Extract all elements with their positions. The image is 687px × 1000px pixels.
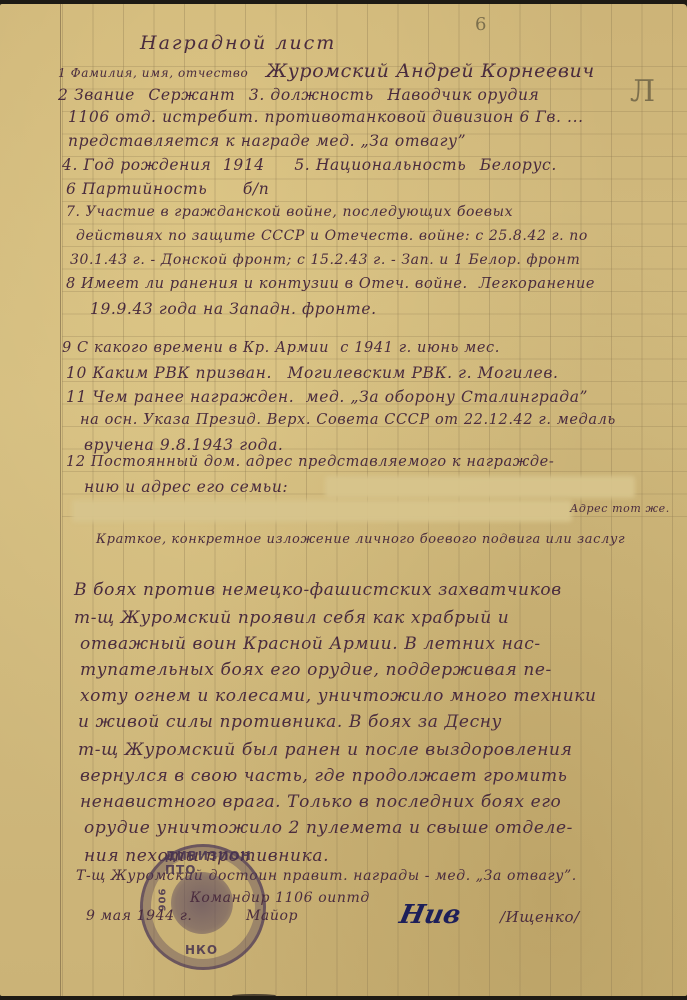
narrative-line: отважный воин Красной Армии. В летних на… — [80, 634, 541, 654]
section-heading: Краткое, конкретное изложение личного бо… — [96, 532, 625, 547]
pencil-corner-mark: Л — [630, 74, 656, 109]
field-label: 9 С какого времени в Кр. Армии — [62, 340, 329, 356]
commander-position: Командир 1106 оиптд — [190, 890, 370, 906]
field-value-wounds: Легкоранение — [479, 276, 595, 292]
redacted-address-1 — [325, 476, 635, 498]
field-label: 11 Чем ранее награжден. — [66, 388, 294, 406]
handwritten-signature: Нив — [397, 900, 464, 930]
field-value-birth-year: 1914 — [223, 156, 265, 174]
narrative-line: тупательных боях его орудие, поддерживая… — [80, 660, 552, 680]
narrative-line: ненавистного врага. Только в последних б… — [80, 792, 561, 812]
narrative-line: т-щ Журомский проявил себя как храбрый и — [74, 608, 509, 628]
field-value-party: б/п — [243, 180, 269, 198]
field-11-line-2: на осн. Указа Презид. Верх. Совета СССР … — [80, 412, 616, 428]
paper-tear-mark — [232, 994, 276, 996]
field-value-position: Наводчик орудия — [387, 86, 539, 104]
field-2-3-rank-position: 2 Звание Сержант 3. должность Наводчик о… — [58, 86, 539, 104]
narrative-line: и живой силы противника. В боях за Десну — [78, 712, 502, 732]
field-value-draft-office: Могилевским РВК. г. Могилев. — [288, 364, 559, 382]
field-7-label: 7. Участие в гражданской войне, последую… — [66, 204, 513, 220]
field-value-previous-award: мед. „За оборону Сталинграда” — [306, 388, 588, 406]
signature-date: 9 мая 1944 г. — [86, 908, 192, 924]
field-6-party: 6 Партийность б/п — [66, 180, 269, 198]
narrative-line: орудие уничтожило 2 пулемета и свыше отд… — [84, 818, 573, 838]
stamp-text-top: ДИВИЗИОН ПТО — [165, 849, 263, 877]
field-value-service-since: с 1941 г. июнь мес. — [340, 340, 500, 356]
field-label: 8 Имеет ли ранения и контузии в Отеч. во… — [66, 276, 468, 292]
field-label: 10 Каким РВК призван. — [66, 364, 272, 382]
field-label: 5. Национальность — [294, 156, 466, 174]
field-value-full-name: Журомский Андрей Корнеевич — [266, 60, 595, 82]
field-unit-line: 1106 отд. истребит. противотанковой диви… — [68, 108, 584, 126]
document-title: Наградной лист — [140, 32, 336, 54]
field-9-service: 9 С какого времени в Кр. Армии с 1941 г.… — [62, 340, 500, 356]
field-12-line-2: нию и адрес его семьи: — [84, 478, 288, 496]
field-value-rank: Сержант — [148, 86, 235, 104]
redacted-address-2 — [72, 500, 572, 522]
pencil-page-number: 6 — [475, 14, 487, 35]
field-label: 6 Партийность — [66, 180, 207, 198]
field-recommendation-line: представляется к награде мед. „За отвагу… — [68, 132, 466, 150]
address-note: Адрес тот же. — [570, 502, 670, 515]
field-4-5-birth-nationality: 4. Год рождения 1914 5. Национальность Б… — [62, 156, 557, 174]
signatory-name: /Ищенко/ — [500, 908, 580, 926]
stamp-text-bottom: НКО — [185, 943, 218, 957]
field-label: 4. Год рождения — [62, 156, 211, 174]
margin-line — [60, 4, 61, 996]
commander-rank: Майор — [246, 908, 298, 924]
official-stamp: ДИВИЗИОН ПТО 906 НКО — [140, 844, 266, 970]
field-11-previous-awards: 11 Чем ранее награжден. мед. „За оборону… — [66, 388, 588, 406]
field-11-line-3: вручена 9.8.1943 года. — [84, 436, 283, 454]
field-8-line-2: 19.9.43 года на Западн. фронте. — [90, 300, 377, 318]
field-label: 2 Звание — [58, 86, 135, 104]
field-label: 1 Фамилия, имя, отчество — [58, 66, 248, 80]
narrative-line: т-щ Журомский был ранен и после выздоров… — [78, 740, 572, 760]
narrative-line: хоту огнем и колесами, уничтожило много … — [80, 686, 597, 706]
narrative-line: вернулся в свою часть, где продолжает гр… — [80, 766, 568, 786]
field-7-line-1: действиях по защите СССР и Отечеств. вой… — [76, 228, 588, 244]
field-12-label: 12 Постоянный дом. адрес представляемого… — [66, 454, 554, 470]
field-label: 3. должность — [249, 86, 374, 104]
field-1-name: 1 Фамилия, имя, отчество Журомский Андре… — [58, 60, 595, 82]
narrative-line: В боях против немецко-фашистских захватч… — [74, 580, 562, 600]
field-value-nationality: Белорус. — [480, 156, 557, 174]
field-7-line-2: 30.1.43 г. - Донской фронт; с 15.2.43 г.… — [70, 252, 580, 268]
award-sheet: 6 Л Наградной лист 1 Фамилия, имя, отчес… — [0, 4, 687, 996]
field-8-wounds: 8 Имеет ли ранения и контузии в Отеч. во… — [66, 276, 595, 292]
field-10-draft: 10 Каким РВК призван. Могилевским РВК. г… — [66, 364, 558, 382]
